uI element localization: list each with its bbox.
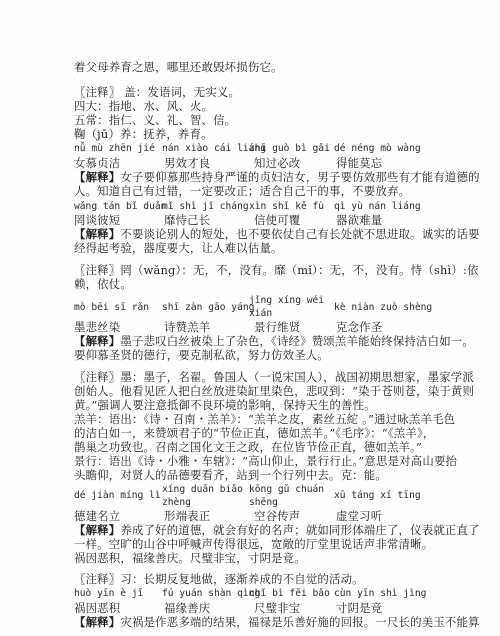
pinyin: kè niàn zuò shèng — [334, 300, 432, 315]
note-line: 鹊巢之功致也。召南之国化文王之政，在位皆节俭正直，德如羔羊。” — [74, 440, 422, 455]
note-line: 黄。”强调人要注意抵御不良环境的影响，保持天生的善性。 — [74, 398, 376, 413]
explanation-text: 女子要仰慕那些持身严谨的贞妇洁女，男子要仿效那些有才能有道德的 — [120, 170, 479, 184]
explanation-text: 不要谈论别人的短处，也不要依仗自己有长处就不思进取。诚实的话要 — [120, 227, 479, 241]
verse-phrase: 克念作圣 — [336, 320, 382, 335]
verse-phrase: 寸阴是竞 — [336, 601, 382, 616]
pinyin: xián — [249, 306, 272, 321]
explanation-line: 经得起考验，器度要大，让人难以估量。 — [74, 241, 283, 256]
explanation-line: 【解释】养成了好的道德，就会有好的名声；就如同形体端庄了，仪表就正直了 — [74, 523, 480, 538]
pinyin: cùn yīn shì jìng — [334, 586, 426, 601]
verse-phrase: 男效才良 — [164, 156, 210, 171]
verse-phrase: 福缘善庆 — [164, 601, 210, 616]
pinyin: qì yù nán liáng — [334, 199, 421, 214]
verse-phrase: 得能莫忘 — [336, 156, 382, 171]
pinyin: dé néng mò wàng — [334, 141, 421, 156]
note-line: 景行：语出《诗・小雅・车辖》：“高山仰止，景行行止。”意思是对高山要抬 — [74, 454, 457, 469]
verse-phrase: 器欲难量 — [336, 213, 382, 228]
pinyin: shī zàn gāo yáng — [162, 300, 254, 315]
verse-phrase: 信使可覆 — [254, 213, 300, 228]
verse-phrase: 尺璧非宝 — [254, 601, 300, 616]
explanation-text: 墨子悲叹白丝被染上了杂色，《诗经》赞颂羔羊能始终保持洁白如一。 — [120, 334, 474, 348]
note-line: 赖，依仗。 — [74, 277, 132, 292]
explanation-line: 祸因恶积，福缘善庆。尺璧非宝，寸阴是竞。 — [74, 551, 306, 566]
note-line: 〖注释〗罔（wǎng）：无，不，没有。靡（mǐ）：无，不，没有。恃（shì）:依 — [74, 263, 479, 278]
verse-phrase: 景行维贤 — [254, 320, 300, 335]
pinyin: zhèng — [162, 495, 191, 510]
note-line: 羔羊：语出：《诗・召南・羔羊》：“羔羊之皮，素丝五紽 。”通过咏羔羊毛色 — [74, 412, 455, 427]
pinyin: wǎng tán bǐ duǎn — [74, 199, 166, 214]
explanation-text: 灾祸是作恶多端的结果，福禄是乐善好施的回报。一尺长的美玉不能算 — [120, 615, 479, 629]
verse-phrase: 形端表正 — [164, 509, 210, 524]
verse-phrase: 墨悲丝染 — [74, 320, 120, 335]
verse-phrase: 空谷传声 — [254, 509, 300, 524]
pinyin: dé jiàn míng lì — [74, 488, 161, 503]
note-line: 〖注释〗习：长期反复地做，逐渐养成的不自觉的活动。 — [74, 572, 364, 587]
explanation-label: 【解释】 — [74, 170, 120, 184]
note-line: 五常：指仁、义、礼、智、信。 — [74, 113, 236, 128]
explanation-line: 一样。空旷的山谷中呼喊声传得很远，宽敞的厅堂里说话声非常清晰。 — [74, 537, 433, 552]
explanation-line: 要仰慕圣贤的德行，要克制私欲，努力仿效圣人。 — [74, 348, 329, 363]
note-line: 的洁白如一，来赞颂君子的“节俭正直，德如羔羊。”《毛序》：“《羔羊》， — [74, 426, 434, 441]
verse-phrase: 德建名立 — [74, 509, 120, 524]
verse-phrase: 祸因恶积 — [74, 601, 120, 616]
pinyin: nǚ mù zhēn jié — [74, 141, 155, 156]
pinyin: xìn shǐ kě fù — [249, 199, 324, 214]
note-line: 头瞻仰，对贤人的品德要看齐，站到一个行列中去。克：能。 — [74, 468, 387, 483]
pinyin: mò bēi sī rǎn — [74, 300, 149, 315]
document-page: 着父母养育之恩，哪里还敢毁坏损伤它。 〖注释〗 盖：发语词，无实义。 四大：指地… — [0, 0, 500, 636]
explanation-line: 【解释】灾祸是作恶多端的结果，福禄是乐善好施的回报。一尺长的美玉不能算 — [74, 615, 480, 630]
verse-phrase: 女慕贞洁 — [74, 156, 120, 171]
pinyin: chǐ bì fēi bǎo — [249, 586, 330, 601]
pinyin: shēng — [249, 495, 278, 510]
note-line: 〖注释〗 盖：发语词，无实义。 — [74, 85, 240, 100]
explanation-label: 【解释】 — [74, 334, 120, 348]
explanation-line: 【解释】女子要仰慕那些持身严谨的贞妇洁女，男子要仿效那些有才能有道德的 — [74, 170, 480, 185]
verse-phrase: 虚堂习听 — [336, 509, 382, 524]
pinyin: huò yīn è jī — [74, 586, 143, 601]
note-line: 鞠（jū）养：抚养，养育。 — [74, 127, 213, 142]
explanation-label: 【解释】 — [74, 615, 120, 629]
explanation-line: 【解释】墨子悲叹白丝被染上了杂色，《诗经》赞颂羔羊能始终保持洁白如一。 — [74, 334, 474, 349]
note-line: 四大：指地、水、风、火。 — [74, 99, 213, 114]
intro-line: 着父母养育之恩，哪里还敢毁坏损伤它。 — [74, 60, 283, 75]
pinyin: xū táng xí tīng — [334, 488, 421, 503]
verse-phrase: 知过必改 — [254, 156, 300, 171]
pinyin: zhī guò bì gǎi — [249, 141, 330, 156]
verse-phrase: 诗赞羔羊 — [164, 320, 210, 335]
explanation-label: 【解释】 — [74, 227, 120, 241]
pinyin: fú yuán shàn qìng — [162, 586, 260, 601]
explanation-line: 【解释】不要谈论别人的短处，也不要依仗自己有长处就不思进取。诚实的话要 — [74, 227, 480, 242]
pinyin: mǐ shì jǐ cháng — [162, 199, 249, 214]
verse-phrase: 罔谈彼短 — [74, 213, 120, 228]
note-line: 〖注释〗墨：墨子，名翟。鲁国人（一说宋国人），战国初期思想家，墨家学派 — [74, 370, 474, 385]
explanation-line: 人。知道自己有过错，一定要改正；适合自己干的事，不要放弃。 — [74, 184, 410, 199]
explanation-label: 【解释】 — [74, 523, 120, 537]
verse-phrase: 靡恃己长 — [164, 213, 210, 228]
note-line: 创始人。他看见匠人把白丝放进染缸里染色，悲叹到：“染于苍则苍，染于黄则 — [74, 384, 474, 399]
explanation-text: 养成了好的道德，就会有好的名声；就如同形体端庄了，仪表就正直了 — [120, 523, 479, 537]
